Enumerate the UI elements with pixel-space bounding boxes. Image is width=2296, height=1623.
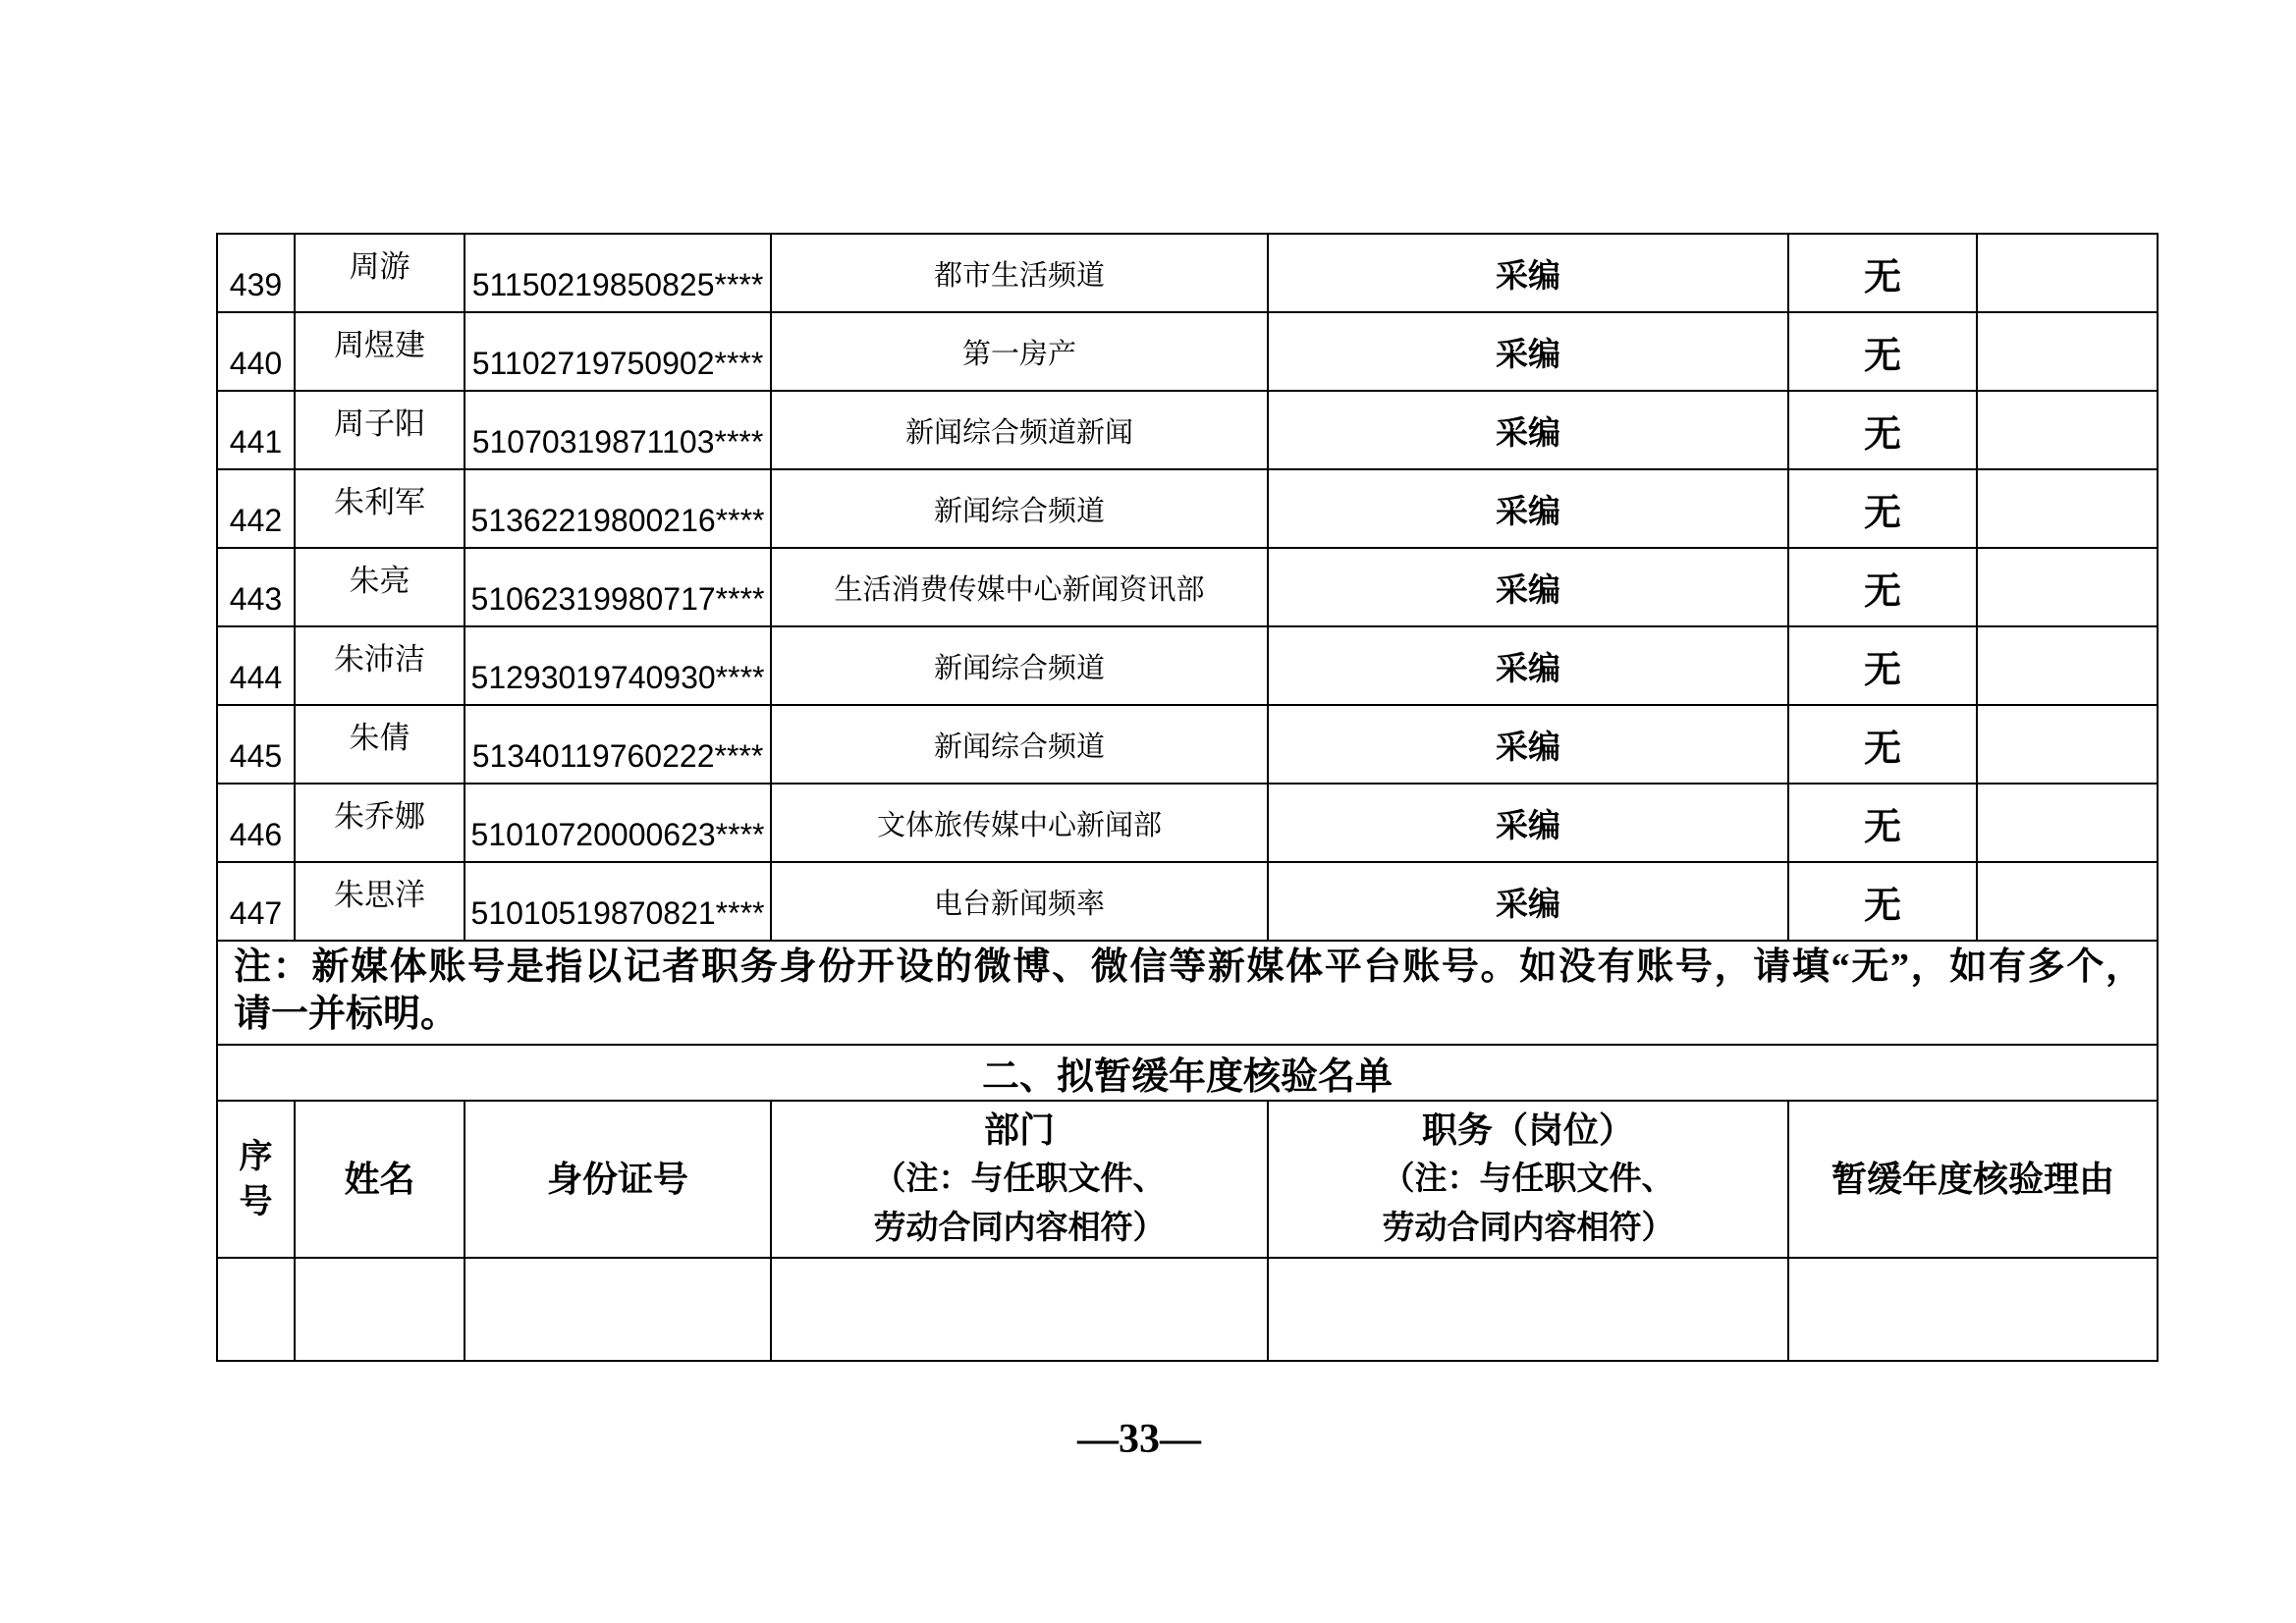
id-number-cell: 51102719750902**** [465,312,771,391]
department-cell: 电台新闻频率 [771,862,1268,941]
id-number-cell: 51362219800216**** [465,469,771,548]
table2-header-row: 序 号 姓名 身份证号 部门 （注：与任职文件、 劳动合同内容相符） 职务（岗位… [217,1101,2158,1258]
page-number: —33— [0,1416,2278,1463]
id-number: 51340119760222**** [472,738,764,775]
header-position-cell: 职务（岗位） （注：与任职文件、 劳动合同内容相符） [1268,1101,1788,1258]
new-media-cell: 无 [1788,862,1977,941]
table-row: 440 周煜建 51102719750902**** 第一房产 采编 无 [217,312,2158,391]
department: 新闻综合频道 [934,731,1105,763]
row-number: 447 [230,895,282,932]
department: 都市生活频道 [934,260,1105,292]
table-row: 442 朱利军 51362219800216**** 新闻综合频道 采编 无 [217,469,2158,548]
new-media-account: 无 [1864,257,1901,298]
row-number: 441 [230,424,282,460]
department-cell: 生活消费传媒中心新闻资讯部 [771,548,1268,626]
header-no-line2: 号 [218,1179,294,1224]
table-row: 446 朱乔娜 51010720000623**** 文体旅传媒中心新闻部 采编… [217,784,2158,862]
remark-cell [1977,234,2158,312]
id-number-cell: 51010720000623**** [465,784,771,862]
header-reason-cell: 暂缓年度核验理由 [1788,1101,2158,1258]
person-name: 周子阳 [334,399,425,443]
position: 采编 [1496,416,1560,452]
table-row: 441 周子阳 51070319871103**** 新闻综合频道新闻 采编 无 [217,391,2158,469]
id-number: 51070319871103**** [472,424,764,460]
header-no-cell: 序 号 [217,1101,295,1258]
position-cell: 采编 [1268,312,1788,391]
note-text-line2: 请一并标明。 [234,991,2143,1038]
person-name: 朱思洋 [334,870,425,914]
remark-cell [1977,862,2158,941]
header-position-title: 职务（岗位） [1269,1106,1787,1155]
person-name-cell: 朱乔娜 [295,784,465,862]
id-number-cell: 51340119760222**** [465,705,771,784]
header-name: 姓名 [344,1159,414,1199]
id-number-cell: 51010519870821**** [465,862,771,941]
row-number-cell: 443 [217,548,295,626]
id-number-cell: 51062319980717**** [465,548,771,626]
position-cell: 采编 [1268,705,1788,784]
position: 采编 [1496,573,1560,609]
header-position-note1: （注：与任职文件、 [1269,1155,1787,1204]
empty-name-cell [295,1258,465,1361]
header-dept-cell: 部门 （注：与任职文件、 劳动合同内容相符） [771,1101,1268,1258]
empty-position-cell [1268,1258,1788,1361]
person-name-cell: 周煜建 [295,312,465,391]
person-name: 朱利军 [334,477,425,521]
new-media-account: 无 [1864,571,1901,613]
position: 采编 [1496,809,1560,844]
note-cell: 注：新媒体账号是指以记者职务身份开设的微博、微信等新媒体平台账号。如没有账号，请… [217,941,2158,1045]
position: 采编 [1496,652,1560,687]
empty-no-cell [217,1258,295,1361]
new-media-cell: 无 [1788,626,1977,705]
new-media-account: 无 [1864,729,1901,770]
department-cell: 新闻综合频道 [771,705,1268,784]
table-row: 445 朱倩 51340119760222**** 新闻综合频道 采编 无 [217,705,2158,784]
position: 采编 [1496,338,1560,373]
note-text-line1: 注：新媒体账号是指以记者职务身份开设的微博、微信等新媒体平台账号。如没有账号，请… [234,944,2143,991]
new-media-cell: 无 [1788,705,1977,784]
row-number-cell: 447 [217,862,295,941]
new-media-cell: 无 [1788,548,1977,626]
id-number-cell: 51150219850825**** [465,234,771,312]
row-number: 442 [230,503,282,539]
row-number-cell: 444 [217,626,295,705]
person-name-cell: 朱思洋 [295,862,465,941]
department-cell: 都市生活频道 [771,234,1268,312]
header-dept-note1: （注：与任职文件、 [772,1155,1267,1204]
header-id: 身份证号 [547,1159,688,1199]
person-name-cell: 朱利军 [295,469,465,548]
table-row: 444 朱沛洁 51293019740930**** 新闻综合频道 采编 无 [217,626,2158,705]
new-media-account: 无 [1864,807,1901,848]
new-media-cell: 无 [1788,469,1977,548]
position-cell: 采编 [1268,784,1788,862]
person-name: 周煜建 [334,320,425,364]
person-name: 朱亮 [350,556,410,600]
table-row: 447 朱思洋 51010519870821**** 电台新闻频率 采编 无 [217,862,2158,941]
new-media-cell: 无 [1788,784,1977,862]
remark-cell [1977,705,2158,784]
person-name-cell: 周子阳 [295,391,465,469]
table-row: 439 周游 51150219850825**** 都市生活频道 采编 无 [217,234,2158,312]
remark-cell [1977,784,2158,862]
department-cell: 新闻综合频道 [771,626,1268,705]
row-number: 439 [230,267,282,303]
person-name-cell: 朱亮 [295,548,465,626]
row-number: 446 [230,817,282,853]
position: 采编 [1496,259,1560,295]
row-number: 445 [230,738,282,775]
position-cell: 采编 [1268,548,1788,626]
person-name: 朱乔娜 [334,791,425,836]
section-title-row: 二、拟暂缓年度核验名单 [217,1045,2158,1101]
id-number: 51062319980717**** [471,581,765,618]
position-cell: 采编 [1268,391,1788,469]
department-cell: 新闻综合频道 [771,469,1268,548]
row-number-cell: 445 [217,705,295,784]
row-number-cell: 446 [217,784,295,862]
header-position-note2: 劳动合同内容相符） [1269,1204,1787,1253]
remark-cell [1977,312,2158,391]
position-cell: 采编 [1268,626,1788,705]
department-cell: 第一房产 [771,312,1268,391]
department-cell: 新闻综合频道新闻 [771,391,1268,469]
department: 文体旅传媒中心新闻部 [877,810,1162,841]
row-number: 440 [230,346,282,382]
header-no-line1: 序 [218,1134,294,1179]
remark-cell [1977,391,2158,469]
id-number-cell: 51070319871103**** [465,391,771,469]
header-name-cell: 姓名 [295,1101,465,1258]
person-name-cell: 周游 [295,234,465,312]
department: 第一房产 [962,339,1076,370]
person-name: 朱沛洁 [334,634,425,678]
row-number-cell: 442 [217,469,295,548]
department-cell: 文体旅传媒中心新闻部 [771,784,1268,862]
header-reason: 暂缓年度核验理由 [1831,1159,2114,1199]
id-number-cell: 51293019740930**** [465,626,771,705]
remark-cell [1977,626,2158,705]
person-name-cell: 朱沛洁 [295,626,465,705]
new-media-cell: 无 [1788,234,1977,312]
id-number: 51150219850825**** [472,267,764,303]
new-media-account: 无 [1864,886,1901,927]
department: 生活消费传媒中心新闻资讯部 [834,574,1204,606]
header-dept-note2: 劳动合同内容相符） [772,1204,1267,1253]
header-id-cell: 身份证号 [465,1101,771,1258]
position: 采编 [1496,730,1560,766]
header-dept-title: 部门 [772,1106,1267,1155]
department: 电台新闻频率 [934,889,1105,920]
department: 新闻综合频道新闻 [905,417,1133,449]
note-row: 注：新媒体账号是指以记者职务身份开设的微博、微信等新媒体平台账号。如没有账号，请… [217,941,2158,1045]
department: 新闻综合频道 [934,496,1105,527]
empty-dept-cell [771,1258,1268,1361]
empty-reason-cell [1788,1258,2158,1361]
id-number: 51293019740930**** [471,660,765,696]
remark-cell [1977,469,2158,548]
new-media-account: 无 [1864,414,1901,456]
department: 新闻综合频道 [934,653,1105,684]
id-number: 51102719750902**** [472,346,764,382]
table-row: 443 朱亮 51062319980717**** 生活消费传媒中心新闻资讯部 … [217,548,2158,626]
row-number: 444 [230,660,282,696]
position-cell: 采编 [1268,862,1788,941]
new-media-cell: 无 [1788,391,1977,469]
person-name: 周游 [350,242,410,286]
new-media-account: 无 [1864,493,1901,534]
position-cell: 采编 [1268,469,1788,548]
new-media-cell: 无 [1788,312,1977,391]
new-media-account: 无 [1864,650,1901,691]
new-media-account: 无 [1864,336,1901,377]
position: 采编 [1496,495,1560,530]
person-name-cell: 朱倩 [295,705,465,784]
position: 采编 [1496,888,1560,923]
id-number: 51362219800216**** [471,503,765,539]
position-cell: 采编 [1268,234,1788,312]
row-number: 443 [230,581,282,618]
empty-entry-row [217,1258,2158,1361]
reporter-verification-table: 439 周游 51150219850825**** 都市生活频道 采编 无 44… [216,233,2159,1362]
row-number-cell: 441 [217,391,295,469]
empty-id-cell [465,1258,771,1361]
section-title: 二、拟暂缓年度核验名单 [217,1045,2158,1101]
row-number-cell: 439 [217,234,295,312]
person-name: 朱倩 [350,713,410,757]
id-number: 51010519870821**** [471,895,765,932]
row-number-cell: 440 [217,312,295,391]
remark-cell [1977,548,2158,626]
id-number: 51010720000623**** [471,817,765,853]
